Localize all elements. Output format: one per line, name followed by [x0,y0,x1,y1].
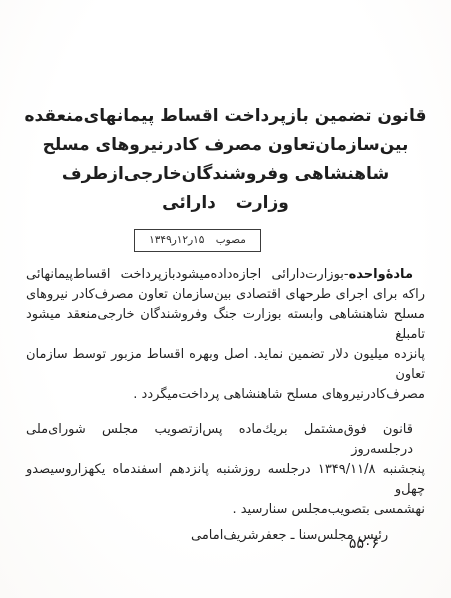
ratification-line-1: قانون فوق‌مشتمل بریك‌ماده پس‌ازتصویب مجل… [26,420,425,460]
title-line-3: شاهنشاهی وفروشندگان‌خارجی‌ازطرف [0,160,451,189]
article-line-5: مصرف‌کادرنیروهای مسلح شاهنشاهی پرداخت‌می… [26,385,425,405]
ratification-line-3: نهشمسی بتصویب‌مجلس سنارسید . [26,500,425,520]
article-paragraph: مادۀواحده-بوزارت‌دارائی اجازه‌داده‌میشود… [26,265,425,405]
approval-date-box: مصوب ۱۵ر۱۲ر۱۳۴۹ [134,229,261,252]
title-line-1: قانون تضمین بازپرداخت اقساط پیمانهای‌منع… [0,102,451,131]
approval-stamp-row: مصوب ۱۵ر۱۲ر۱۳۴۹ [0,228,451,252]
scanned-document-page: قانون تضمین بازپرداخت اقساط پیمانهای‌منع… [0,0,451,598]
article-line-4: پانزده میلیون دلار تضمین نماید. اصل وبهر… [26,345,425,385]
ratification-line-2: پنجشنبه ۱۳۴۹/۱۱/۸ درجلسه روزشنبه پانزدهم… [26,460,425,500]
article-line-1-text: -بوزارت‌دارائی اجازه‌داده‌میشودبازپرداخت… [26,267,349,282]
document-title: قانون تضمین بازپرداخت اقساط پیمانهای‌منع… [0,0,451,218]
article-line-2: راکه برای اجرای طرحهای اقتصادی بین‌سازما… [26,285,425,305]
ratification-paragraph: قانون فوق‌مشتمل بریك‌ماده پس‌ازتصویب مجل… [26,420,425,520]
article-line-1: مادۀواحده-بوزارت‌دارائی اجازه‌داده‌میشود… [26,265,425,285]
document-body: مادۀواحده-بوزارت‌دارائی اجازه‌داده‌میشود… [0,265,451,546]
title-line-2: بین‌سازمان‌تعاون مصرف کادرنیروهای مسلح [0,131,451,160]
article-lead: مادۀواحده [349,267,413,282]
article-line-3: مسلح شاهنشاهی وابسته بوزارت جنگ وفروشندگ… [26,305,425,345]
page-number: ۵۵۰۶ [349,536,379,552]
title-line-4: وزارت دارائی [0,189,451,218]
